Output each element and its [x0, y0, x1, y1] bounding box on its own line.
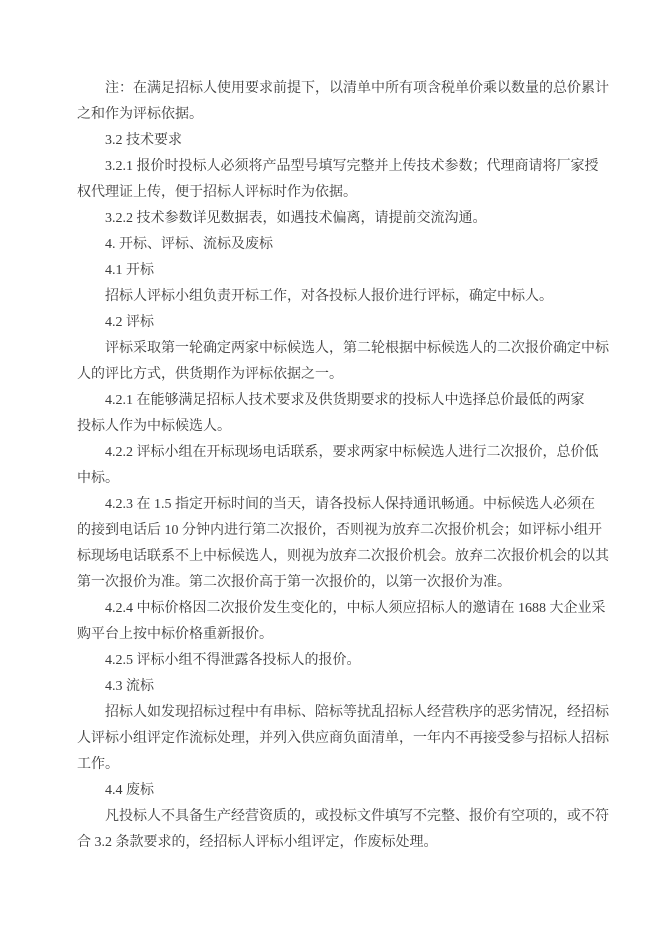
text-line: 4.1 开标	[77, 258, 585, 284]
text-line: 招标人评标小组负责开标工作，对各投标人报价进行评标，确定中标人。	[77, 284, 585, 310]
text-line: 4.2.5 评标小组不得泄露各投标人的报价。	[77, 648, 585, 674]
text-line: 购平台上按中标价格重新报价。	[77, 622, 585, 648]
document-page: 注：在满足招标人使用要求前提下，以清单中所有项含税单价乘以数量的总价累计之和作为…	[0, 0, 662, 936]
text-line: 投标人作为中标候选人。	[77, 414, 585, 440]
text-line: 合 3.2 条款要求的，经招标人评标小组评定，作废标处理。	[77, 830, 585, 856]
text-line: 人评标小组评定作流标处理，并列入供应商负面清单，一年内不再接受参与招标人招标	[77, 726, 585, 752]
text-line: 4.3 流标	[77, 674, 585, 700]
text-line: 人的评比方式，供货期作为评标依据之一。	[77, 362, 585, 388]
text-line: 注：在满足招标人使用要求前提下，以清单中所有项含税单价乘以数量的总价累计	[77, 76, 585, 102]
text-line: 4. 开标、评标、流标及废标	[77, 232, 585, 258]
text-line: 的接到电话后 10 分钟内进行第二次报价，否则视为放弃二次报价机会；如评标小组开	[77, 518, 585, 544]
text-line: 4.2.2 评标小组在开标现场电话联系，要求两家中标候选人进行二次报价，总价低	[77, 440, 585, 466]
text-line: 4.2 评标	[77, 310, 585, 336]
text-line: 4.2.4 中标价格因二次报价发生变化的，中标人须应招标人的邀请在 1688 大…	[77, 596, 585, 622]
text-line: 4.2.3 在 1.5 指定开标时间的当天，请各投标人保持通讯畅通。中标候选人必…	[77, 492, 585, 518]
text-line: 权代理证上传，便于招标人评标时作为依据。	[77, 180, 585, 206]
text-line: 3.2.2 技术参数详见数据表，如遇技术偏离，请提前交流沟通。	[77, 206, 585, 232]
text-line: 招标人如发现招标过程中有串标、陪标等扰乱招标人经营秩序的恶劣情况，经招标	[77, 700, 585, 726]
text-line: 标现场电话联系不上中标候选人，则视为放弃二次报价机会。放弃二次报价机会的以其	[77, 544, 585, 570]
text-line: 4.4 废标	[77, 778, 585, 804]
text-line: 4.2.1 在能够满足招标人技术要求及供货期要求的投标人中选择总价最低的两家	[77, 388, 585, 414]
text-line: 评标采取第一轮确定两家中标候选人，第二轮根据中标候选人的二次报价确定中标	[77, 336, 585, 362]
text-line: 第一次报价为准。第二次报价高于第一次报价的，以第一次报价为准。	[77, 570, 585, 596]
document-content: 注：在满足招标人使用要求前提下，以清单中所有项含税单价乘以数量的总价累计之和作为…	[77, 76, 585, 856]
text-line: 3.2 技术要求	[77, 128, 585, 154]
text-line: 中标。	[77, 466, 585, 492]
text-line: 3.2.1 报价时投标人必须将产品型号填写完整并上传技术参数；代理商请将厂家授	[77, 154, 585, 180]
text-line: 凡投标人不具备生产经营资质的，或投标文件填写不完整、报价有空项的，或不符	[77, 804, 585, 830]
text-line: 工作。	[77, 752, 585, 778]
text-line: 之和作为评标依据。	[77, 102, 585, 128]
